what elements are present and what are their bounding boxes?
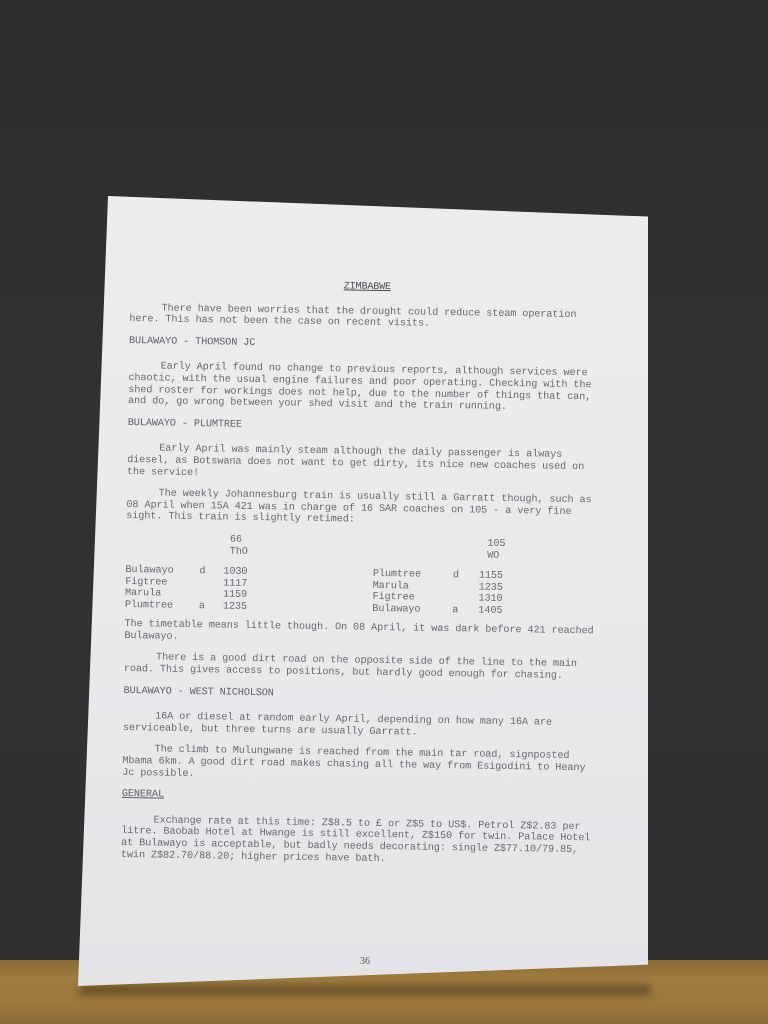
time: 1155 <box>479 570 529 582</box>
timetable-column-left: Bulawayod1030Figtree1117Marula1159Plumtr… <box>125 565 363 615</box>
section-heading-general: GENERAL <box>122 789 597 808</box>
booklet-page: ZIMBABWE There have been worries that th… <box>78 196 648 986</box>
arr-dep-flag <box>452 593 478 605</box>
timetable: 66 ThO 105 WO Bulawayod1030Figtree1117Ma… <box>125 533 601 619</box>
section-heading-plumtree: BULAWAYO - PLUMTREE <box>128 418 603 437</box>
intro-paragraph: There have been worries that the drought… <box>129 303 604 334</box>
time: 1310 <box>478 594 528 606</box>
station-name: Plumtree <box>125 600 199 613</box>
time: 1405 <box>478 605 528 617</box>
time: 1030 <box>223 566 273 578</box>
paragraph: Early April was mainly steam although th… <box>127 443 602 485</box>
paragraph: 16A or diesel at random early April, dep… <box>123 711 598 742</box>
arr-dep-flag <box>199 578 223 590</box>
page-title: ZIMBABWE <box>130 278 605 297</box>
train-days: ThO <box>126 544 364 559</box>
timetable-column-right: Plumtreed1155Marula1235Figtree1310Bulawa… <box>362 569 600 619</box>
page-shadow <box>80 985 650 995</box>
arr-dep-flag: a <box>199 601 223 613</box>
time: 1235 <box>223 601 273 613</box>
timetable-row: Bulawayoa1405 <box>362 603 600 618</box>
arr-dep-flag <box>199 589 223 601</box>
page-number: 36 <box>360 956 370 967</box>
time: 1117 <box>223 578 273 590</box>
arr-dep-flag: d <box>453 570 479 582</box>
station-name: Bulawayo <box>372 604 452 617</box>
section-heading-west-nicholson: BULAWAYO - WEST NICHOLSON <box>123 686 598 705</box>
page-content: ZIMBABWE There have been worries that th… <box>121 278 605 879</box>
paragraph: The timetable means little though. On 08… <box>124 619 599 650</box>
paragraph: Early April found no change to previous … <box>128 361 604 415</box>
timetable-header: 66 ThO 105 WO <box>126 533 601 564</box>
arr-dep-flag <box>453 582 479 594</box>
time: 1159 <box>223 590 273 602</box>
arr-dep-flag: a <box>452 605 478 617</box>
paragraph: There is a good dirt road on the opposit… <box>124 652 599 683</box>
section-heading-thomson: BULAWAYO - THOMSON JC <box>129 336 604 355</box>
arr-dep-flag: d <box>199 566 223 578</box>
paragraph: Exchange rate at this time: Z$8.5 to £ o… <box>121 815 597 869</box>
timetable-row: Plumtreea1235 <box>125 600 363 615</box>
time: 1235 <box>479 582 529 594</box>
paragraph: The climb to Mulungwane is reached from … <box>122 744 597 786</box>
paragraph: The weekly Johannesburg train is usually… <box>126 488 601 530</box>
train-days: WO <box>363 548 601 563</box>
